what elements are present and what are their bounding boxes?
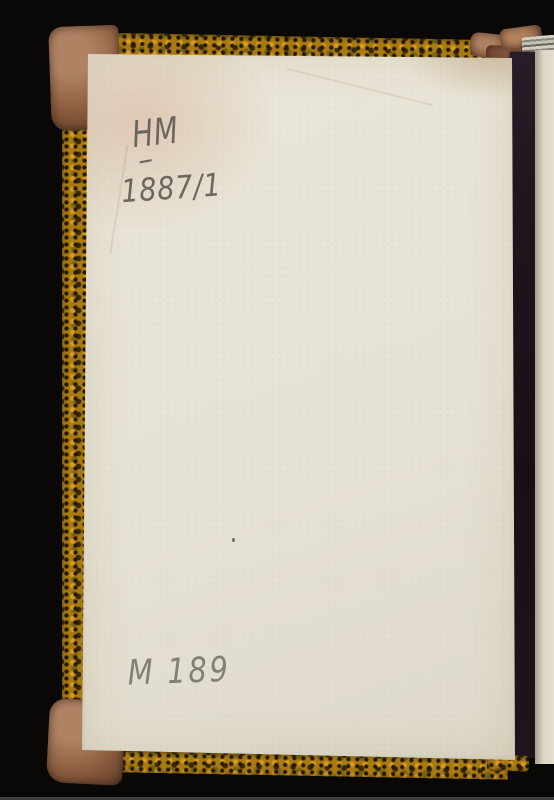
handwritten-bottom-mark: M 189 [127,648,231,693]
flyleaf-page: HM – 1887/1 M 189 [80,48,518,762]
facing-page-edge [535,50,554,764]
book-scan: HM – 1887/1 M 189 [0,0,554,800]
page-crease [287,68,433,106]
ink-speck [232,538,235,542]
handwritten-shelfmark-line2: 1887/1 [120,167,223,211]
